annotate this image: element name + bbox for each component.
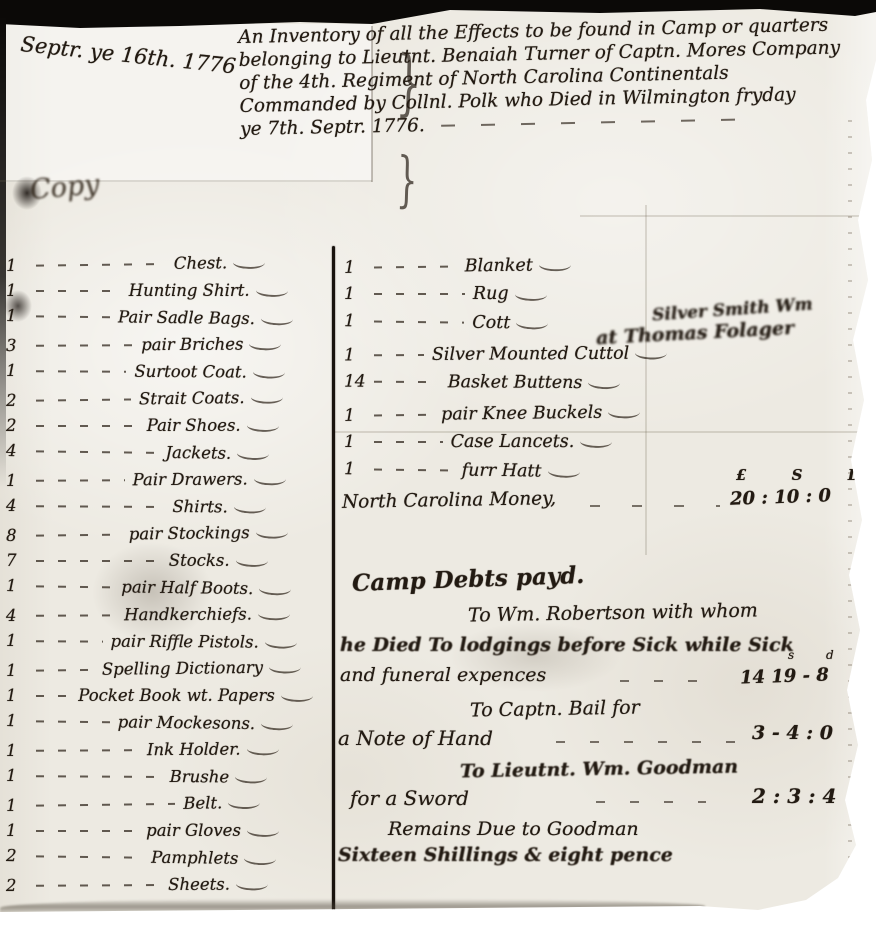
ink-swash (608, 404, 641, 419)
ink-swash (233, 255, 266, 270)
item-quantity: 7 (6, 551, 28, 570)
ink-swash (635, 345, 668, 361)
dash-leader (36, 370, 126, 373)
item-label: furr Hatt (462, 460, 542, 481)
inventory-row: 4Jackets. (6, 437, 330, 468)
dash-leader (374, 293, 465, 295)
dash-leader (590, 505, 720, 507)
inventory-row: 1Hunting Shirt. (6, 277, 330, 304)
debt-entry3-amount: 2 : 3 : 4 (752, 784, 836, 808)
item-label: Pamphlets (151, 848, 238, 868)
dash-leader (36, 720, 110, 723)
inventory-row: 14Basket Buttens (344, 367, 814, 399)
ink-swash (547, 463, 580, 479)
debt-entry1-amount-sup: s d (788, 648, 848, 662)
item-label: Rug (473, 284, 509, 304)
item-quantity: 1 (344, 405, 366, 425)
inventory-row: 1Belt. (6, 788, 330, 819)
debt-entry1-amount: 14 19 - 8 (740, 664, 830, 688)
row-spacer (268, 883, 330, 884)
row-spacer (288, 531, 330, 533)
dash-leader (36, 533, 121, 536)
inventory-row: 4Shirts. (6, 492, 330, 521)
item-label: pair Riffle Pistols. (110, 632, 258, 652)
ink-swash (264, 634, 297, 650)
debt-entry3-line1: To Lieutnt. Wm. Goodman (460, 756, 738, 783)
item-quantity: 2 (6, 416, 28, 435)
item-quantity: 1 (6, 741, 28, 760)
item-label: Pair Sadle Bags. (118, 307, 255, 328)
inventory-row: 1pair Riffle Pistols. (6, 627, 330, 656)
inventory-row: 7Stocks. (6, 547, 330, 574)
row-spacer (267, 777, 330, 778)
left-inventory-column: 1Chest.1Hunting Shirt.1Pair Sadle Bags.3… (6, 250, 330, 898)
inventory-row: 1pair Knee Buckels (344, 395, 814, 430)
row-spacer (266, 507, 330, 508)
trailing-dashes (441, 118, 741, 126)
dash-leader (36, 855, 143, 858)
item-quantity: 4 (6, 496, 28, 515)
item-label: Shirts. (172, 497, 228, 516)
inventory-row: 1Surtoot Coat. (6, 357, 330, 386)
item-quantity: 4 (6, 606, 28, 625)
row-spacer (290, 613, 330, 614)
dash-leader (36, 585, 113, 588)
item-quantity: 1 (6, 281, 28, 300)
item-label: Hunting Shirt. (129, 281, 250, 300)
ink-swash (514, 286, 547, 302)
dash-leader (36, 614, 116, 616)
dash-leader (556, 741, 741, 743)
row-spacer (283, 396, 330, 398)
currency-column-header: £ S D (736, 466, 876, 484)
ink-swash (249, 336, 282, 352)
item-quantity: 1 (6, 256, 28, 275)
ink-swash (235, 876, 268, 892)
item-quantity: 1 (6, 661, 28, 680)
inventory-row: 2Pamphlets (6, 842, 330, 873)
inventory-title: An Inventory of all the Effects to be fo… (238, 13, 876, 141)
item-label: Pocket Book wt. Papers (78, 686, 275, 705)
right-inventory-column: 1Blanket1Rug1Cott1Silver Mounted Cuttol1… (344, 250, 814, 486)
item-quantity: 2 (6, 391, 28, 410)
row-spacer (291, 589, 330, 590)
item-label: Pair Shoes. (147, 416, 241, 435)
item-label: Handkerchiefs. (124, 604, 252, 624)
dash-leader (36, 775, 162, 778)
horizontal-crease (580, 215, 876, 217)
dash-leader (36, 749, 139, 752)
row-spacer (297, 642, 330, 643)
money-amount: 20 : 10 : 0 (730, 485, 832, 510)
dash-leader (36, 505, 164, 508)
dash-leader (36, 398, 131, 401)
item-quantity: 1 (6, 821, 28, 840)
ink-swash (246, 823, 279, 839)
item-quantity: 8 (6, 526, 28, 545)
row-spacer (260, 801, 330, 803)
item-label: Surtoot Coat. (134, 362, 247, 382)
debt-entry1-line1: To Wm. Robertson with whom (468, 599, 758, 626)
item-quantity: 1 (6, 766, 28, 785)
inventory-row: 1Pocket Book wt. Papers (6, 682, 330, 709)
ink-flourish: } (395, 45, 422, 119)
ink-swash (253, 471, 286, 487)
inventory-row: 1Pair Sadle Bags. (6, 302, 330, 333)
inventory-row: 1Pair Drawers. (6, 465, 330, 494)
debt-entry2-line1: To Captn. Bail for (470, 697, 640, 722)
ink-swash (255, 525, 288, 540)
inventory-row: 4Handkerchiefs. (6, 600, 330, 629)
row-spacer (279, 830, 330, 831)
inventory-row: 1pair Half Boots. (6, 572, 330, 603)
dash-leader (596, 801, 706, 803)
dash-leader (36, 344, 133, 347)
ink-swash (255, 283, 288, 299)
item-quantity: 1 (344, 432, 366, 452)
row-spacer (571, 261, 814, 265)
item-quantity: 2 (6, 846, 28, 865)
dash-leader (36, 425, 139, 427)
ink-swash (269, 659, 302, 674)
item-quantity: 1 (344, 257, 366, 277)
scanned-document-page: { "header": { "date_note": "Septr. ye 16… (0, 0, 876, 934)
ink-swash (516, 315, 549, 331)
ink-swash (252, 364, 285, 380)
ink-swash (280, 688, 313, 704)
row-spacer (640, 409, 814, 412)
item-label: Strait Coats. (139, 388, 245, 408)
debts-heading: Camp Debts payd. (352, 562, 585, 597)
dash-leader (374, 320, 464, 323)
item-quantity: 1 (6, 631, 28, 650)
inventory-row: 1Silver Mounted Cuttol (344, 337, 814, 369)
item-quantity: 1 (6, 576, 28, 595)
debt-entry1-line2: he Died To lodgings before Sick while Si… (340, 634, 794, 656)
row-spacer (268, 560, 330, 561)
dash-leader (374, 468, 454, 471)
ink-swash (588, 375, 621, 391)
item-label: pair Gloves (146, 821, 241, 840)
item-label: pair Stockings (129, 523, 250, 543)
dash-leader (36, 695, 70, 697)
item-label: Ink Holder. (147, 740, 241, 760)
debt-entry2-line2: a Note of Hand (338, 726, 493, 750)
item-quantity: 1 (6, 711, 28, 730)
item-label: pair Briches (141, 335, 243, 355)
dash-leader (36, 802, 175, 806)
inventory-row: 3pair Briches (6, 330, 330, 359)
dash-leader (36, 290, 121, 292)
item-label: Case Lancets. (451, 432, 575, 452)
debt-entry2-amount: 3 - 4 : 0 (752, 722, 833, 744)
ink-swash (580, 434, 613, 450)
item-label: Cott (472, 312, 510, 332)
item-quantity: 1 (344, 284, 366, 304)
item-label: Spelling Dictionary (102, 658, 263, 679)
item-quantity: 1 (6, 471, 28, 490)
item-quantity: 1 (6, 361, 28, 380)
dash-leader (374, 380, 440, 382)
item-quantity: 4 (6, 441, 28, 460)
scan-bottom-shadow (0, 899, 705, 913)
dash-leader (36, 479, 125, 482)
row-spacer (269, 453, 330, 455)
ink-swash (257, 606, 290, 622)
ink-swash (246, 741, 279, 757)
debt-entry3-line2: for a Sword (350, 786, 469, 810)
dash-leader (374, 413, 433, 416)
item-quantity: 1 (344, 345, 366, 365)
row-spacer (265, 261, 330, 263)
copy-annotation: Copy (29, 169, 101, 206)
inventory-row: 2Strait Coats. (6, 383, 330, 414)
item-label: pair Half Boots. (121, 577, 253, 598)
inventory-row: 8pair Stockings (6, 518, 330, 549)
ink-swash (235, 769, 268, 785)
item-label: Blanket (465, 255, 533, 276)
manuscript-paper: Septr. ye 16th. 1776 An Inventory of all… (0, 0, 876, 916)
dash-leader (36, 830, 138, 832)
inventory-row: 1Blanket (344, 247, 814, 282)
item-label: Pair Drawers. (133, 470, 248, 490)
row-spacer (279, 748, 330, 749)
dash-leader (36, 450, 157, 453)
inventory-row: 1Chest. (6, 248, 330, 279)
item-quantity: 1 (6, 796, 28, 815)
dash-leader (36, 668, 94, 671)
item-quantity: 1 (344, 458, 366, 478)
dash-leader (374, 441, 443, 443)
item-quantity: 3 (6, 336, 28, 355)
ink-swash (260, 311, 293, 327)
inventory-row: 1Case Lancets. (344, 427, 814, 457)
debts-closing-line1: Remains Due to Goodman (388, 818, 639, 840)
dash-leader (374, 265, 457, 268)
ink-swash (233, 499, 266, 515)
ink-swash (235, 553, 268, 569)
dash-leader (36, 884, 160, 887)
row-spacer (293, 724, 330, 725)
dash-leader (36, 640, 103, 642)
row-spacer (276, 858, 330, 860)
column-divider-rule (332, 246, 335, 912)
item-label: Chest. (174, 253, 228, 273)
item-label: pair Mockesons. (118, 712, 256, 733)
item-label: Sheets. (168, 875, 230, 894)
row-spacer (313, 695, 330, 696)
ink-swash (538, 257, 571, 272)
ink-swash (237, 445, 270, 461)
row-spacer (288, 290, 330, 291)
item-quantity: 1 (6, 306, 28, 325)
item-label: Belt. (183, 793, 222, 812)
dash-leader (620, 680, 720, 682)
torn-edge-speckle (848, 120, 852, 880)
row-spacer (547, 294, 814, 295)
row-spacer (285, 372, 330, 373)
dash-leader (36, 560, 161, 562)
ink-swash (244, 851, 277, 867)
item-label: Brushe (170, 767, 230, 786)
row-spacer (301, 666, 330, 667)
row-spacer (281, 343, 330, 344)
dash-leader (36, 315, 110, 318)
item-quantity: 2 (6, 876, 28, 895)
row-spacer (620, 383, 814, 385)
inventory-row: 2Sheets. (6, 870, 330, 899)
item-label: Basket Buttens (448, 372, 583, 393)
row-spacer (667, 351, 814, 353)
item-quantity: 14 (344, 371, 366, 391)
item-label: Stocks. (169, 551, 230, 570)
row-spacer (286, 478, 330, 479)
ink-swash (250, 390, 283, 405)
inventory-row: 1pair Gloves (6, 817, 330, 844)
item-quantity: 1 (344, 311, 366, 331)
item-label: Jackets. (165, 443, 231, 463)
inventory-row: 1pair Mockesons. (6, 707, 330, 738)
ink-flourish: } (396, 149, 419, 211)
dash-leader (36, 263, 166, 267)
ink-swash (228, 795, 261, 810)
debts-closing-line2: Sixteen Shillings & eight pence (338, 844, 673, 866)
ink-swash (261, 716, 294, 732)
ink-swash (246, 418, 279, 434)
inventory-row: 2Pair Shoes. (6, 412, 330, 439)
ink-swash (259, 581, 292, 597)
item-quantity: 1 (6, 686, 28, 705)
inventory-row: 1Spelling Dictionary (6, 653, 330, 684)
inventory-row: 1Ink Holder. (6, 735, 330, 764)
dash-leader (374, 353, 424, 355)
inventory-row: 1Brushe (6, 762, 330, 791)
money-row-label: North Carolina Money, (342, 488, 556, 513)
row-spacer (612, 441, 814, 442)
debt-entry1-line3: and funeral expences (340, 664, 546, 686)
item-label: pair Knee Buckels (441, 402, 602, 424)
row-spacer (293, 319, 330, 320)
row-spacer (279, 425, 330, 426)
